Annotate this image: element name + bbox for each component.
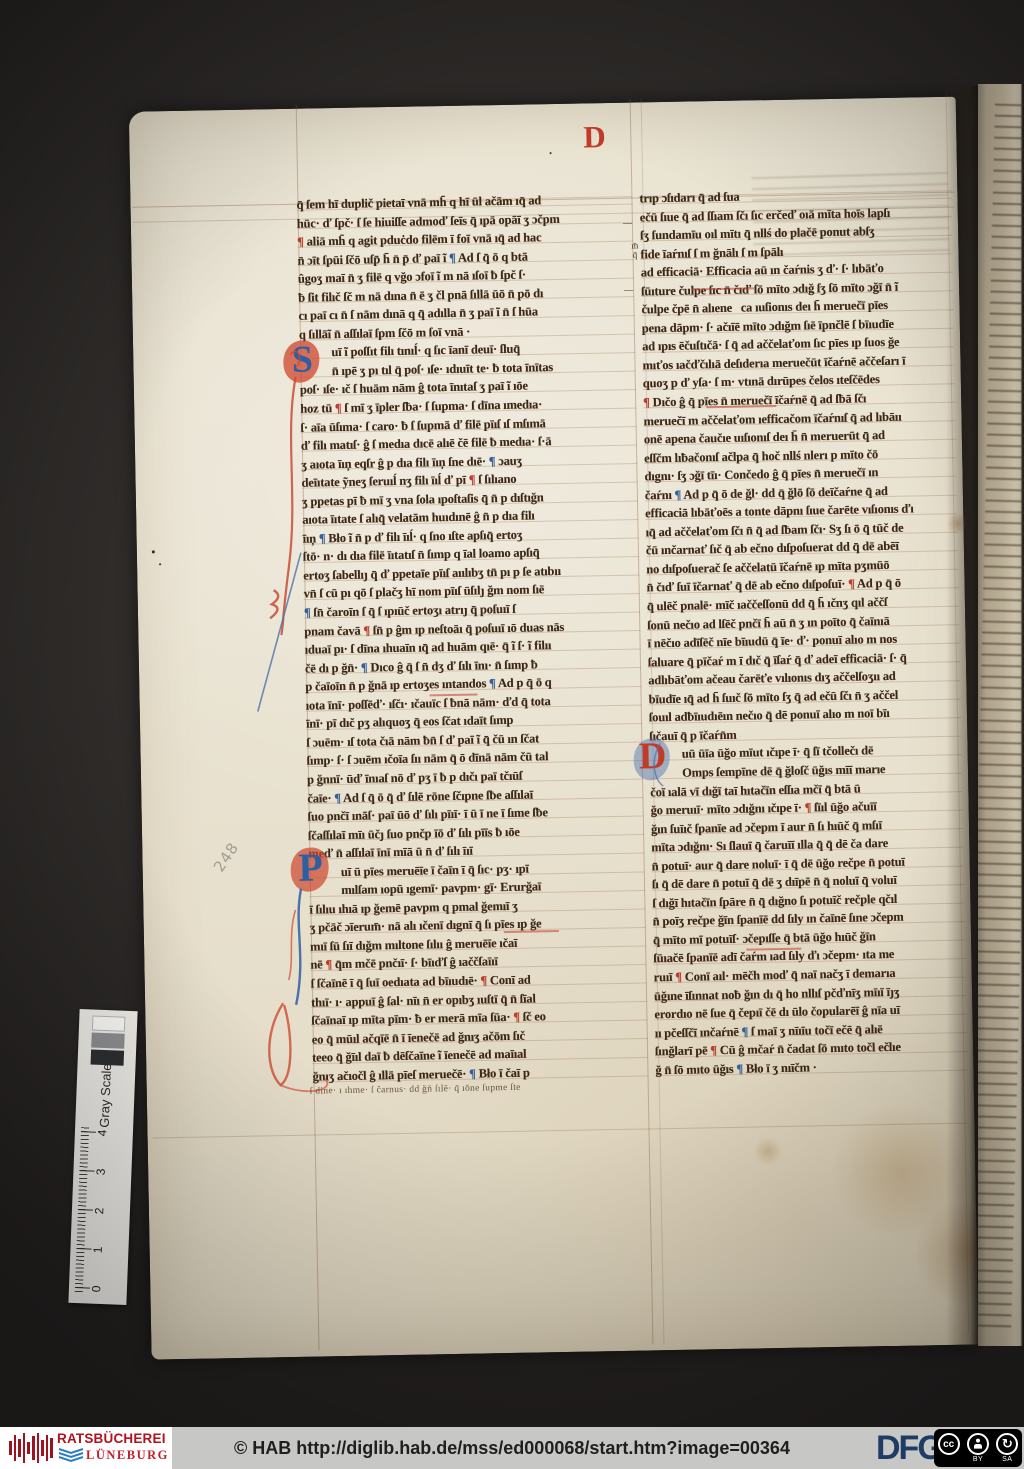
manuscript-page-rotor: D q̄ ſem hī duplič pietaī vnā mh̄ q hī ū… [0,0,1024,1437]
scan-stage: D q̄ ſem hī duplič pietaī vnā mh̄ q hī ū… [0,0,1024,1469]
margin-dash-top: — [623,219,632,228]
speck [159,563,161,565]
gray-scale-ruler: Gray Scale 4 3 2 1 0 [68,1009,137,1305]
footer-bar: RATSBÜCHEREI LÜNEBURG © HAB http://digli… [0,1427,1024,1469]
cc-license-badge: cc BY ↻ SA [934,1429,1022,1467]
next-leaf-edge [978,84,1024,1346]
attribution-person-icon [967,1433,989,1455]
ruler-unit-number: 4 [95,1129,109,1136]
ruler-unit-number: 1 [91,1246,105,1253]
speck [550,152,552,154]
margin-dash-mid: — [624,286,633,295]
speck [152,550,155,553]
share-alike-icon: ↻ [996,1433,1018,1455]
by-label: BY [973,1456,983,1463]
ruler-square-white [92,1015,126,1031]
ruler-unit-number: 2 [92,1207,106,1214]
credit-line: © HAB http://diglib.hab.de/mss/ed000068/… [0,1438,1024,1459]
next-leaf-text [978,104,1024,1335]
ruler-unit-number: 0 [89,1285,103,1292]
cc-circle-icon: cc [938,1433,960,1455]
inter-column-note: m̄ q̄ [631,241,638,259]
cc-by: BY [967,1433,989,1463]
ruler-unit-number: 3 [94,1168,108,1175]
gutter-shadow [946,86,980,1348]
cc-logo: cc [938,1433,960,1455]
sa-label: SA [1002,1456,1012,1463]
dfg-logo: DFG [876,1429,942,1468]
cc-sa: ↻ SA [996,1433,1018,1463]
